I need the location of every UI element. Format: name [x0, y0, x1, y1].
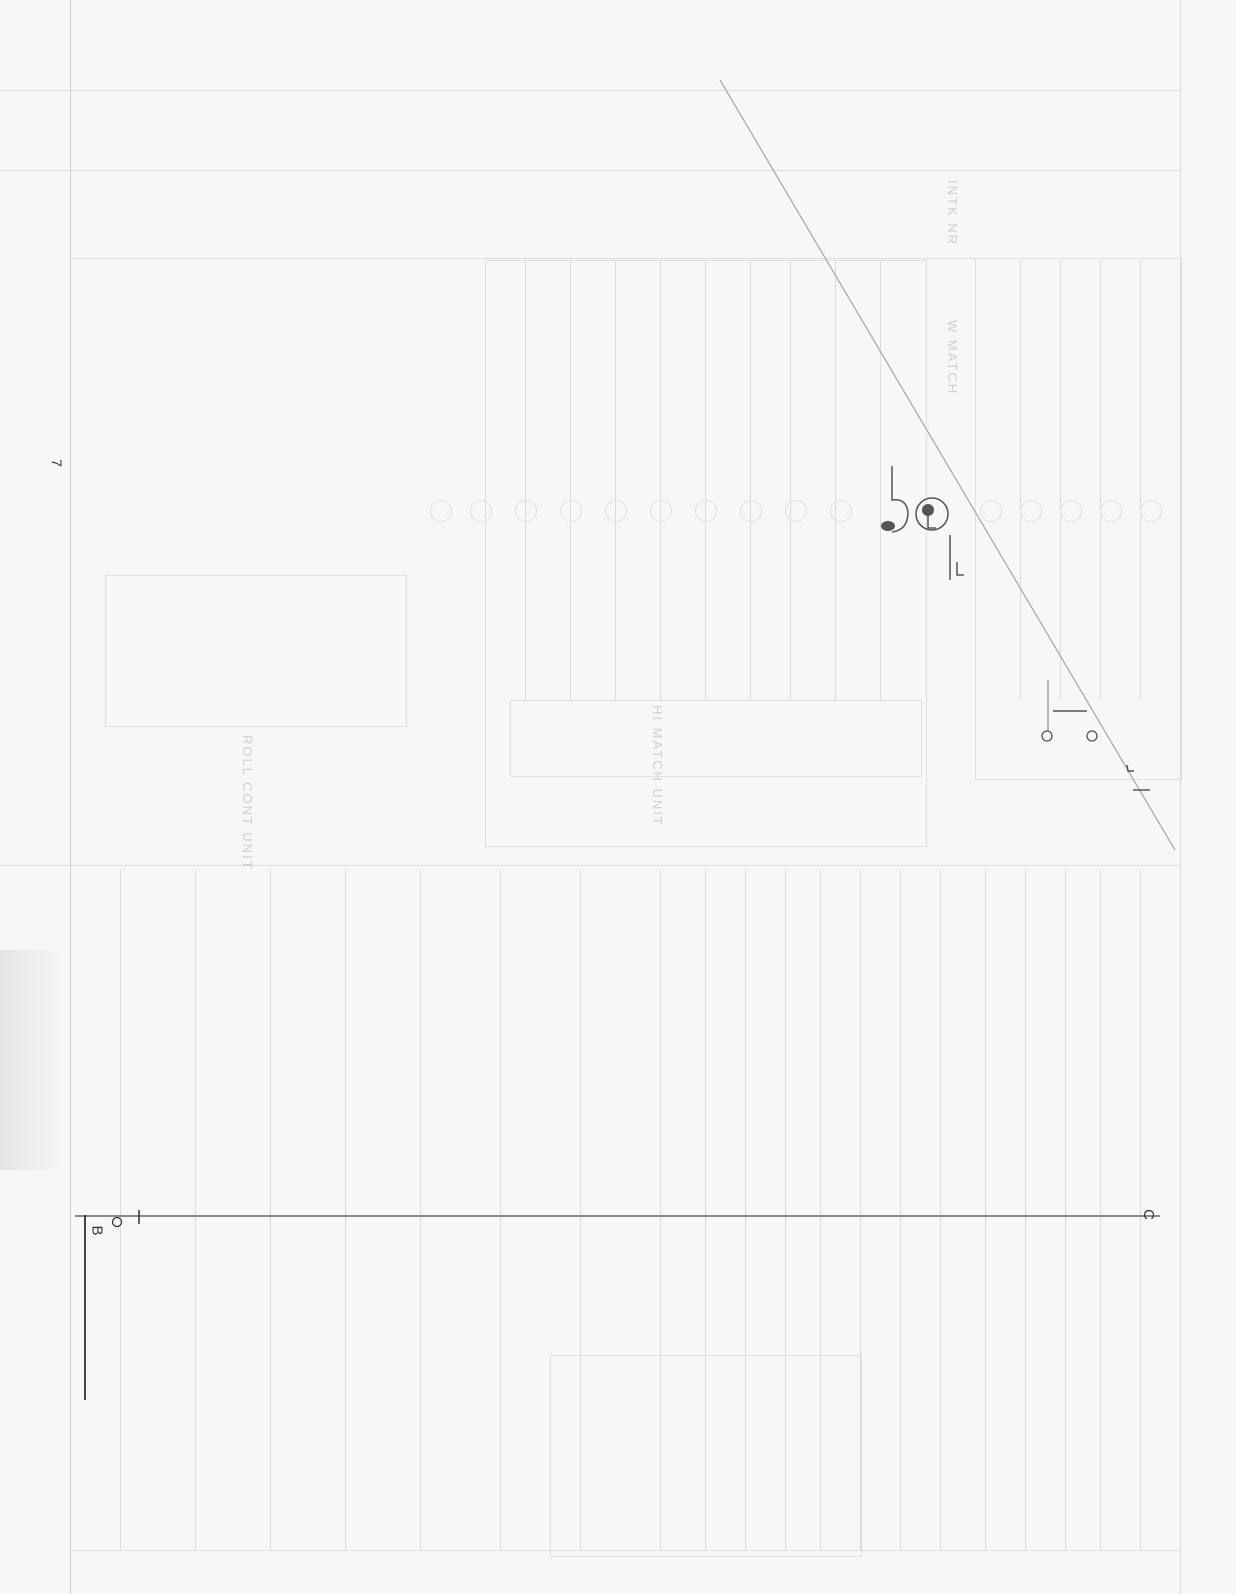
sheet-number-mark: 7 [49, 459, 65, 467]
node-b-mark: B [89, 1225, 106, 1235]
schematic-sheet: ROLL CONT UNIT HI MATCH UNIT W MATCH INT… [0, 0, 1236, 1594]
scan-shadow [0, 950, 60, 1170]
diagonal-line [0, 0, 1236, 1594]
node-c-mark: C [1140, 1209, 1157, 1220]
